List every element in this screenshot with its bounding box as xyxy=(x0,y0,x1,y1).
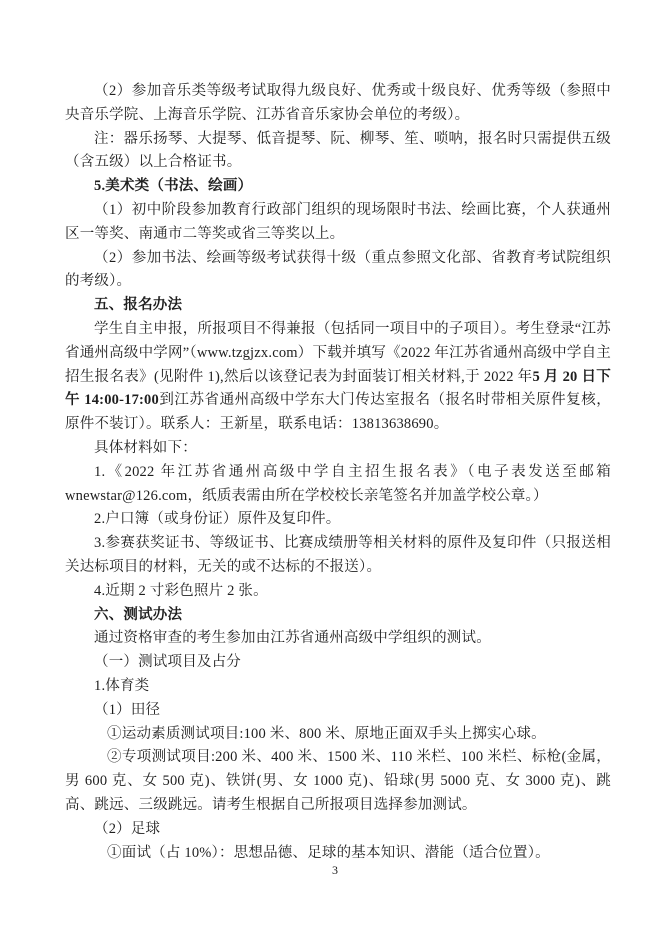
text-run: （1）初中阶段参加教育行政部门组织的现场限时书法、绘画比赛，个人获通州区一等奖、… xyxy=(65,202,611,242)
text-run: （2）参加书法、绘画等级考试获得十级（重点参照文化部、省教育考试院组织的考级）。 xyxy=(65,250,611,290)
paragraph: （2）参加音乐类等级考试取得九级良好、优秀或十级良好、优秀等级（参照中央音乐学院… xyxy=(65,80,611,128)
text-run: 学生自主申报，所报项目不得兼报（包括同一项目中的子项目）。考生登录“江苏省通州高… xyxy=(65,321,611,385)
text-run: 具体材料如下： xyxy=(94,440,197,456)
paragraph: 1.体育类 xyxy=(65,675,611,699)
document-page: （2）参加音乐类等级考试取得九级良好、优秀或十级良好、优秀等级（参照中央音乐学院… xyxy=(0,0,670,947)
paragraph: 2.户口簿（或身份证）原件及复印件。 xyxy=(65,508,611,532)
paragraph: （一）测试项目及占分 xyxy=(65,651,611,675)
text-run: 六、测试办法 xyxy=(94,607,182,623)
paragraph: 3.参赛获奖证书、等级证书、比赛成绩册等相关材料的原件及复印件（只报送相关达标项… xyxy=(65,532,611,580)
text-run: （2）足球 xyxy=(94,821,160,837)
paragraph: ②专项测试项目:200 米、400 米、1500 米、110 米栏、100 米栏… xyxy=(65,746,611,817)
paragraph: （2）足球 xyxy=(65,818,611,842)
paragraph: 学生自主申报，所报项目不得兼报（包括同一项目中的子项目）。考生登录“江苏省通州高… xyxy=(65,318,611,437)
paragraph: 注：器乐扬琴、大提琴、低音提琴、阮、柳琴、笙、唢呐，报名时只需提供五级（含五级）… xyxy=(65,128,611,176)
text-run: 3.参赛获奖证书、等级证书、比赛成绩册等相关材料的原件及复印件（只报送相关达标项… xyxy=(65,535,611,575)
section-heading: 五、报名办法 xyxy=(65,294,611,318)
document-content: （2）参加音乐类等级考试取得九级良好、优秀或十级良好、优秀等级（参照中央音乐学院… xyxy=(65,80,611,865)
text-run: 五、报名办法 xyxy=(94,297,182,313)
text-run: 注：器乐扬琴、大提琴、低音提琴、阮、柳琴、笙、唢呐，报名时只需提供五级（含五级）… xyxy=(65,131,611,171)
text-run: 5.美术类（书法、绘画） xyxy=(94,178,252,194)
page-number: 3 xyxy=(0,861,670,879)
paragraph: ①运动素质测试项目:100 米、800 米、原地正面双手头上掷实心球。 xyxy=(65,723,611,747)
text-run: ①运动素质测试项目:100 米、800 米、原地正面双手头上掷实心球。 xyxy=(107,726,546,742)
text-run: ①面试（占 10%）：思想品德、足球的基本知识、潜能（适合位置）。 xyxy=(107,845,550,861)
text-run: 1.体育类 xyxy=(94,678,149,694)
text-run: 4.近期 2 寸彩色照片 2 张。 xyxy=(94,583,268,599)
paragraph: （1）初中阶段参加教育行政部门组织的现场限时书法、绘画比赛，个人获通州区一等奖、… xyxy=(65,199,611,247)
text-run: （2）参加音乐类等级考试取得九级良好、优秀或十级良好、优秀等级（参照中央音乐学院… xyxy=(65,83,611,123)
text-run: （一）测试项目及占分 xyxy=(94,654,241,670)
paragraph: 具体材料如下： xyxy=(65,437,611,461)
paragraph: 4.近期 2 寸彩色照片 2 张。 xyxy=(65,580,611,604)
text-run: ②专项测试项目:200 米、400 米、1500 米、110 米栏、100 米栏… xyxy=(65,749,611,813)
paragraph: 1.《2022 年江苏省通州高级中学自主招生报名表》（电子表发送至邮箱 wnew… xyxy=(65,461,611,509)
text-run: （1）田径 xyxy=(94,702,160,718)
paragraph: 通过资格审查的考生参加由江苏省通州高级中学组织的测试。 xyxy=(65,627,611,651)
text-run: 通过资格审查的考生参加由江苏省通州高级中学组织的测试。 xyxy=(94,630,491,646)
paragraph: （1）田径 xyxy=(65,699,611,723)
text-run: 1.《2022 年江苏省通州高级中学自主招生报名表》（电子表发送至邮箱 wnew… xyxy=(65,464,611,504)
section-heading: 5.美术类（书法、绘画） xyxy=(65,175,611,199)
section-heading: 六、测试办法 xyxy=(65,604,611,628)
paragraph: （2）参加书法、绘画等级考试获得十级（重点参照文化部、省教育考试院组织的考级）。 xyxy=(65,247,611,295)
text-run: 2.户口簿（或身份证）原件及复印件。 xyxy=(94,511,340,527)
